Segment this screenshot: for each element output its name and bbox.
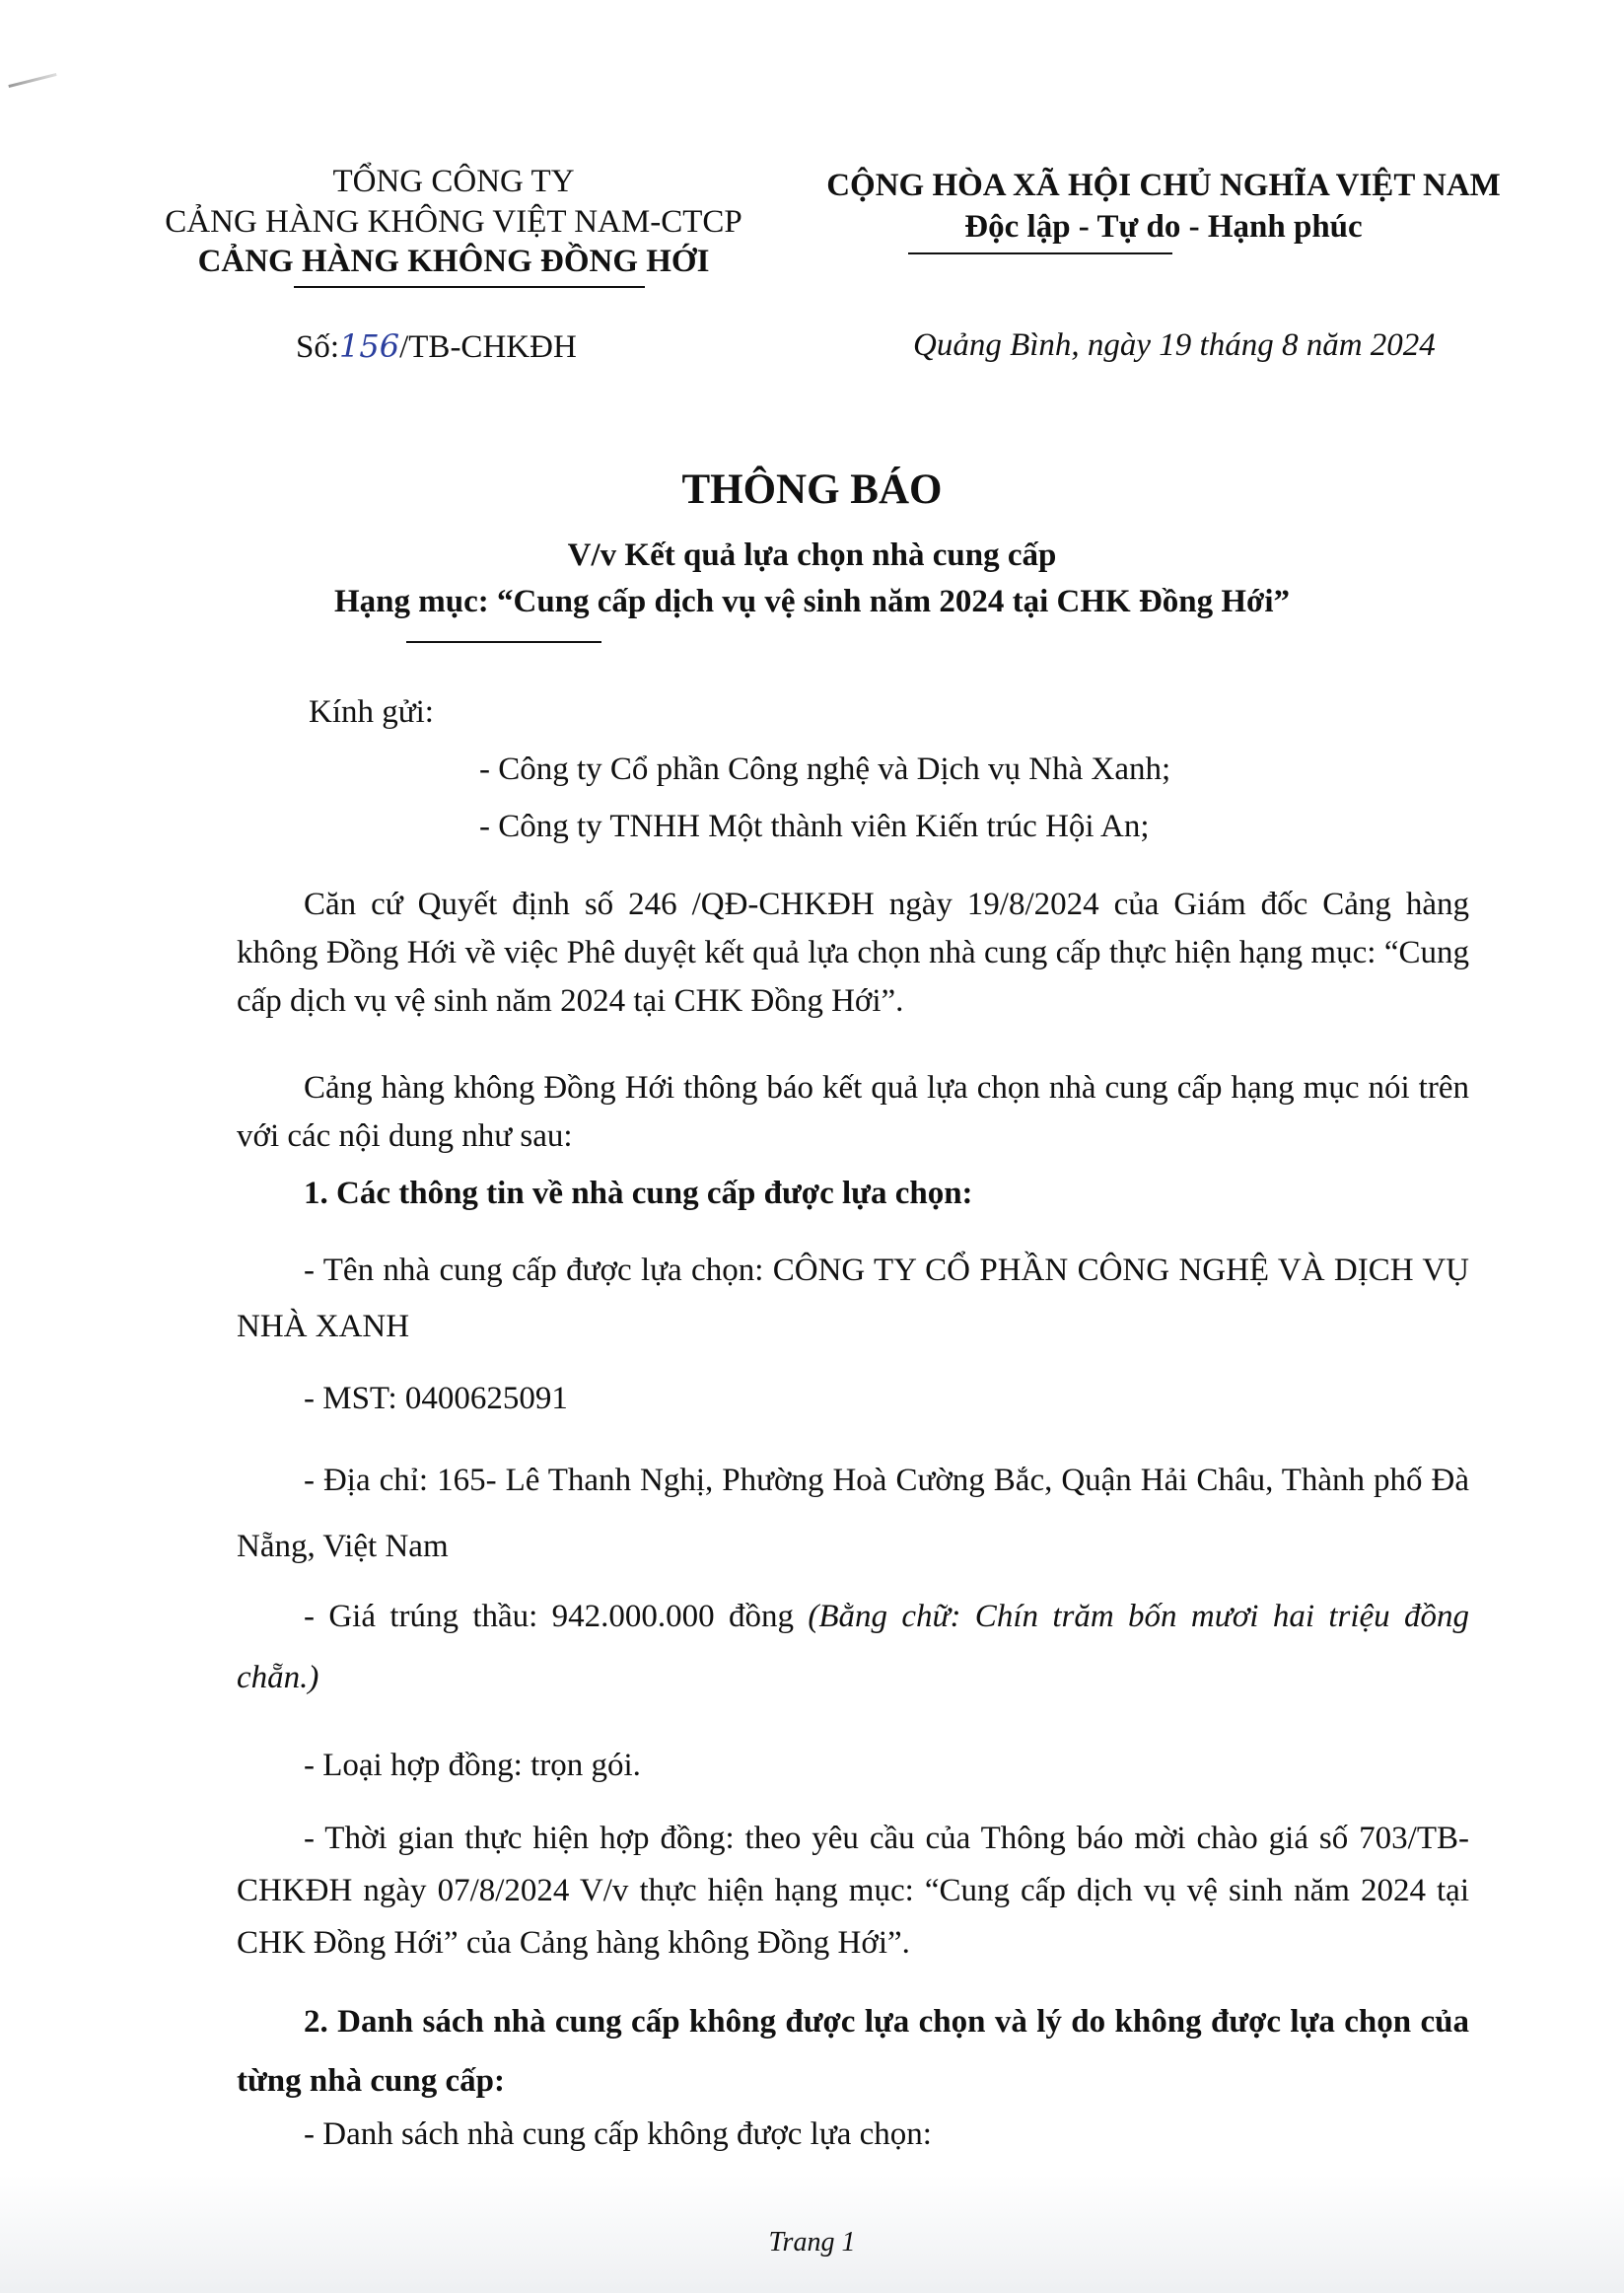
- tax-code: - MST: 0400625091: [237, 1375, 1469, 1423]
- header-left-underline: [294, 286, 645, 288]
- document-number: Số:156/TB-CHKĐH: [296, 327, 577, 366]
- winning-price: - Giá trúng thầu: 942.000.000 đồng (Bằng…: [237, 1586, 1469, 1708]
- document-number-prefix: Số:: [296, 329, 339, 365]
- subject-line-2: Hạng mục: “Cung cấp dịch vụ vệ sinh năm …: [0, 584, 1624, 620]
- document-number-suffix: /TB-CHKĐH: [399, 329, 577, 365]
- contract-duration: - Thời gian thực hiện hợp đồng: theo yêu…: [237, 1813, 1469, 1970]
- recipient-item: - Công ty Cổ phần Công nghệ và Dịch vụ N…: [479, 750, 1170, 789]
- org-name: CẢNG HÀNG KHÔNG ĐỒNG HỚI: [118, 242, 789, 281]
- document-title: THÔNG BÁO: [0, 466, 1624, 514]
- place-date: Quảng Bình, ngày 19 tháng 8 năm 2024: [913, 327, 1436, 364]
- basis-text: Căn cứ Quyết định số 246 /QĐ-CHKĐH ngày …: [237, 887, 1469, 1019]
- page-number: Trang 1: [0, 2227, 1624, 2258]
- intro-text: Cảng hàng không Đồng Hới thông báo kết q…: [237, 1070, 1469, 1154]
- recipient-item: - Công ty TNHH Một thành viên Kiến trúc …: [479, 807, 1150, 846]
- supplier-address: - Địa chỉ: 165- Lê Thanh Nghị, Phường Ho…: [237, 1448, 1469, 1580]
- unselected-list-label: - Danh sách nhà cung cấp không được lựa …: [237, 2111, 1469, 2159]
- basis-paragraph: Căn cứ Quyết định số 246 /QĐ-CHKĐH ngày …: [237, 881, 1469, 1026]
- supplier-name: - Tên nhà cung cấp được lựa chọn: CÔNG T…: [237, 1243, 1469, 1355]
- section-2-heading: 2. Danh sách nhà cung cấp không được lựa…: [237, 1992, 1469, 2111]
- title-underline: [406, 641, 601, 643]
- contract-type: - Loại hợp đồng: trọn gói.: [237, 1742, 1469, 1790]
- section-1-heading: 1. Các thông tin về nhà cung cấp được lự…: [237, 1170, 1469, 1218]
- intro-paragraph: Cảng hàng không Đồng Hới thông báo kết q…: [237, 1064, 1469, 1161]
- handwritten-number: 156: [339, 327, 399, 365]
- scan-mark: [8, 73, 56, 88]
- recipients-label: Kính gửi:: [309, 692, 434, 732]
- org-parent-name: TỔNG CÔNG TY: [118, 162, 789, 201]
- header-right-underline: [908, 252, 1172, 254]
- org-corporation-name: CẢNG HÀNG KHÔNG VIỆT NAM-CTCP: [118, 202, 789, 242]
- national-title: CỘNG HÒA XÃ HỘI CHỦ NGHĨA VIỆT NAM: [809, 166, 1518, 205]
- national-motto: Độc lập - Tự do - Hạnh phúc: [809, 207, 1518, 247]
- subject-line-1: V/v Kết quả lựa chọn nhà cung cấp: [0, 537, 1624, 574]
- document-page: TỔNG CÔNG TY CẢNG HÀNG KHÔNG VIỆT NAM-CT…: [0, 0, 1624, 2293]
